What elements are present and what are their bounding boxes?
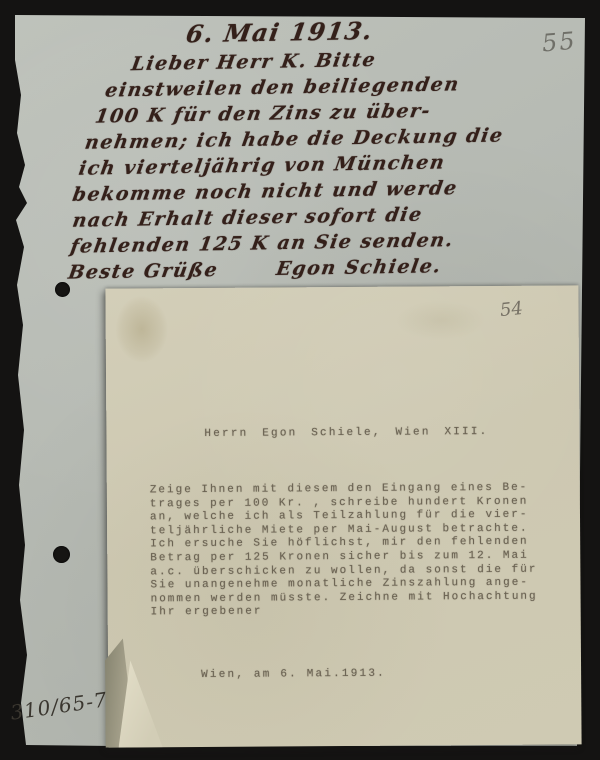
document-scan: 6. Mai 1913. Lieber Herr K. Bitte einstw… [0,0,600,760]
typed-recipient: Herrn Egon Schiele, Wien XIII. [204,426,488,440]
handwritten-closing: Beste Grüße [66,257,220,287]
stain [115,296,167,362]
page-number-54: 54 [499,298,524,321]
typed-body: Zeige Ihnen mit diesem den Eingang eines… [150,482,538,621]
typed-dateline: Wien, am 6. Mai.1913. [201,668,386,681]
page-number-55: 55 [541,27,578,58]
stain [395,300,485,341]
typed-letter-page: Herrn Egon Schiele, Wien XIII. Zeige Ihn… [105,285,581,747]
typed-body-line: Ihr ergebener [151,604,538,620]
handwritten-text-block: 6. Mai 1913. Lieber Herr K. Bitte einstw… [58,12,542,287]
signature: Egon Schiele. [274,253,443,283]
punch-hole-bottom [53,546,70,563]
